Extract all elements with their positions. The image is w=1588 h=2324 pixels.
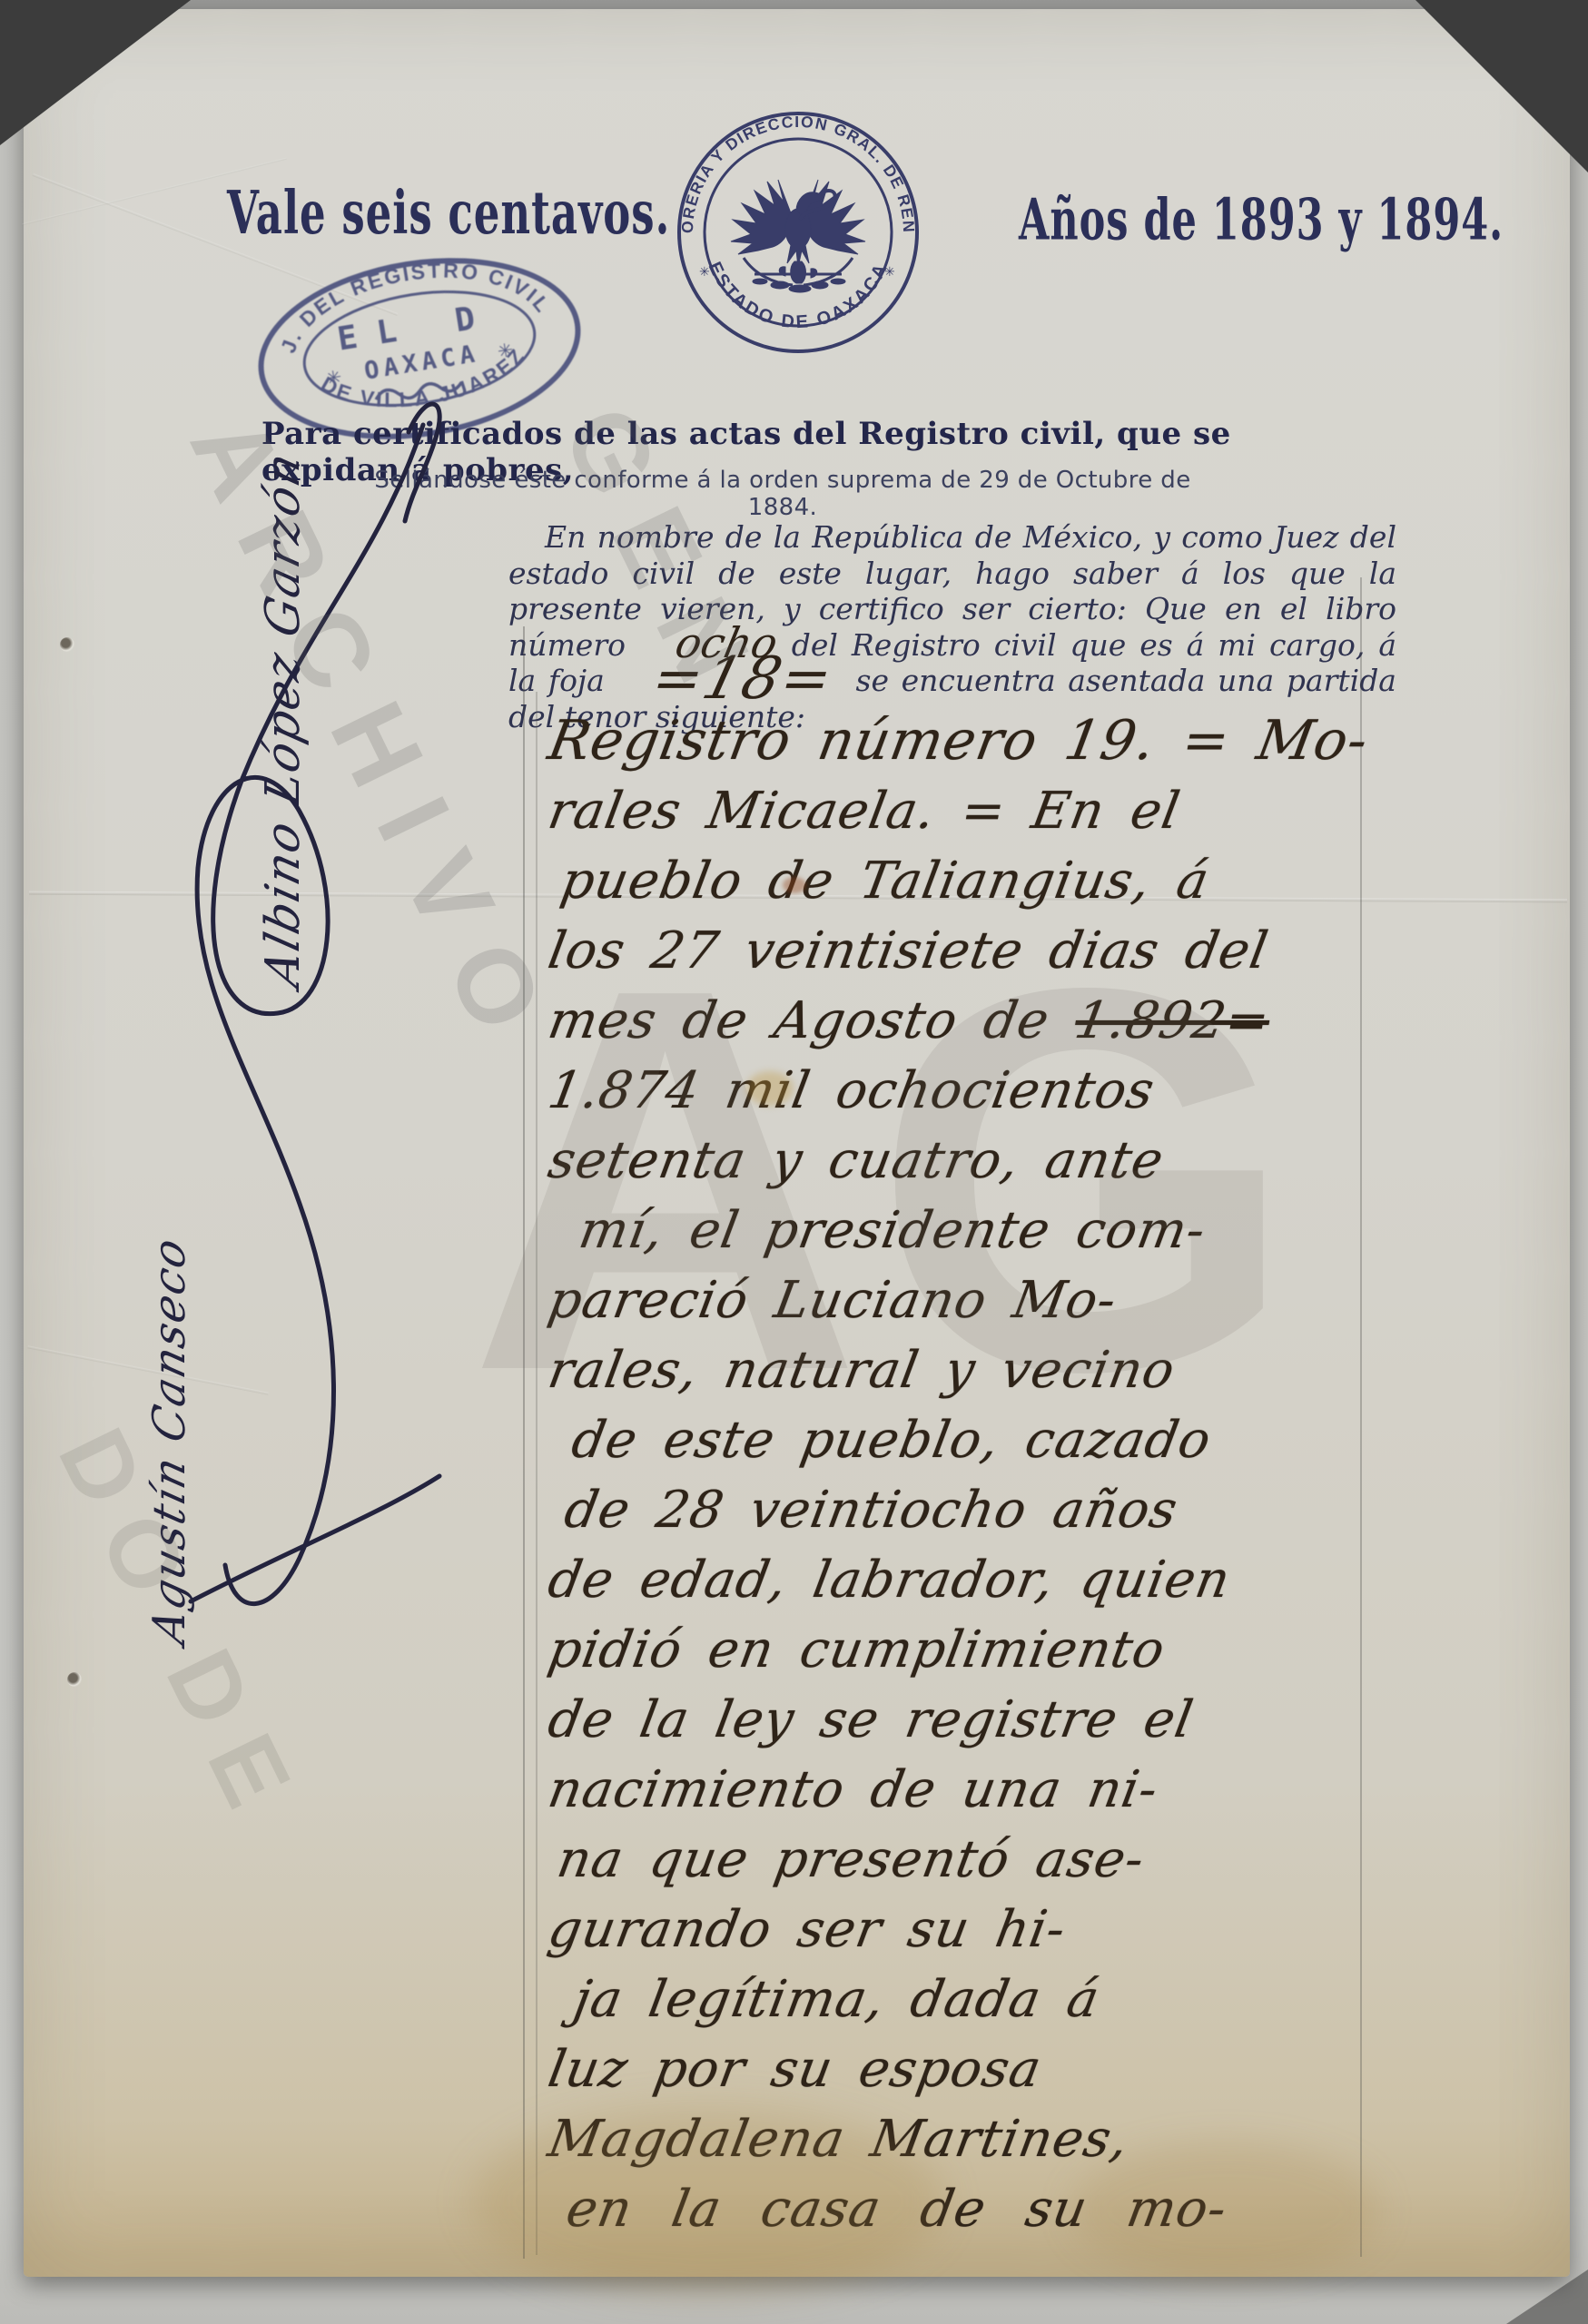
- manuscript-line: setenta y cuatro, ante: [543, 1126, 1382, 1196]
- manuscript-line: nacimiento de una ni-: [543, 1755, 1382, 1825]
- manuscript-line: ja legítima, dada á: [568, 1965, 1382, 2034]
- seal-star-right-icon: ✳: [884, 265, 895, 280]
- manuscript-line-prefix: mes de Agosto de: [544, 991, 1081, 1050]
- manuscript-line: na que presentó ase-: [552, 1825, 1382, 1895]
- pin-hole: [60, 637, 74, 652]
- manuscript-line: los 27 veintisiete dias del: [543, 916, 1382, 986]
- manuscript-line: de la ley se registre el: [543, 1685, 1382, 1755]
- manuscript-line: Registro número 19. = Mo-: [543, 706, 1382, 776]
- manuscript-line: rales Micaela. = En el: [543, 776, 1382, 846]
- signature-albino-lopez-garzon: Albino López Garzón: [256, 289, 311, 992]
- manuscript-line: pueblo de Taliangius, á: [556, 846, 1382, 916]
- pin-hole: [67, 1672, 82, 1687]
- manuscript-line: rales, natural y vecino: [543, 1335, 1382, 1405]
- age-stain: [746, 1071, 794, 1106]
- photo-corner-shadow-bottom: [1506, 2270, 1588, 2324]
- manuscript-line: 1.874 mil ochocientos: [543, 1056, 1382, 1126]
- manuscript-line: de edad, labrador, quien: [543, 1545, 1382, 1615]
- manuscript-act-body: Registro número 19. = Mo- rales Micaela.…: [543, 706, 1369, 2244]
- seal-star-left-icon: ✳: [699, 265, 710, 280]
- margin-rule-left-inner: [536, 692, 538, 2255]
- fiscal-years-text: Años de 1893 y 1894.: [1019, 188, 1504, 254]
- fiscal-years-label: Años de 1893 y 1894.: [1019, 198, 1504, 243]
- stamp-value-text: Vale seis centavos.: [227, 178, 670, 248]
- manuscript-line: de 28 veintiocho años: [559, 1475, 1382, 1545]
- manuscript-line: pidió en cumplimiento: [543, 1615, 1382, 1685]
- manuscript-line: mí, el presidente com-: [574, 1196, 1382, 1265]
- manuscript-line: pareció Luciano Mo-: [543, 1265, 1382, 1335]
- manuscript-line: luz por su esposa: [543, 2034, 1382, 2104]
- stamp-value-label: Vale seis centavos.: [227, 189, 670, 237]
- certification-paragraph: En nombre de la República de México, y c…: [508, 519, 1396, 734]
- manuscript-line-struck-year: mes de Agosto de 1.892=: [543, 986, 1382, 1056]
- age-stain: [472, 2106, 944, 2297]
- manuscript-line: gurando ser su hi-: [543, 1895, 1382, 1965]
- signature-agustin-canseco: Agustín Canseco: [143, 1000, 195, 1649]
- eagle-emblem-icon: [731, 180, 865, 292]
- ink-stain: [783, 877, 806, 893]
- scanned-document-photo: Vale seis centavos. Años de 1893 y 1894.…: [0, 0, 1588, 2324]
- margin-rule-left: [523, 626, 525, 2259]
- struck-year-text: 1.892=: [1070, 991, 1275, 1050]
- tesoreria-seal: TESORERIA Y DIRECCION GRAL. DE RENTAS ES…: [670, 107, 926, 361]
- manuscript-line: de este pueblo, cazado: [567, 1405, 1382, 1475]
- age-stain: [1071, 2142, 1380, 2279]
